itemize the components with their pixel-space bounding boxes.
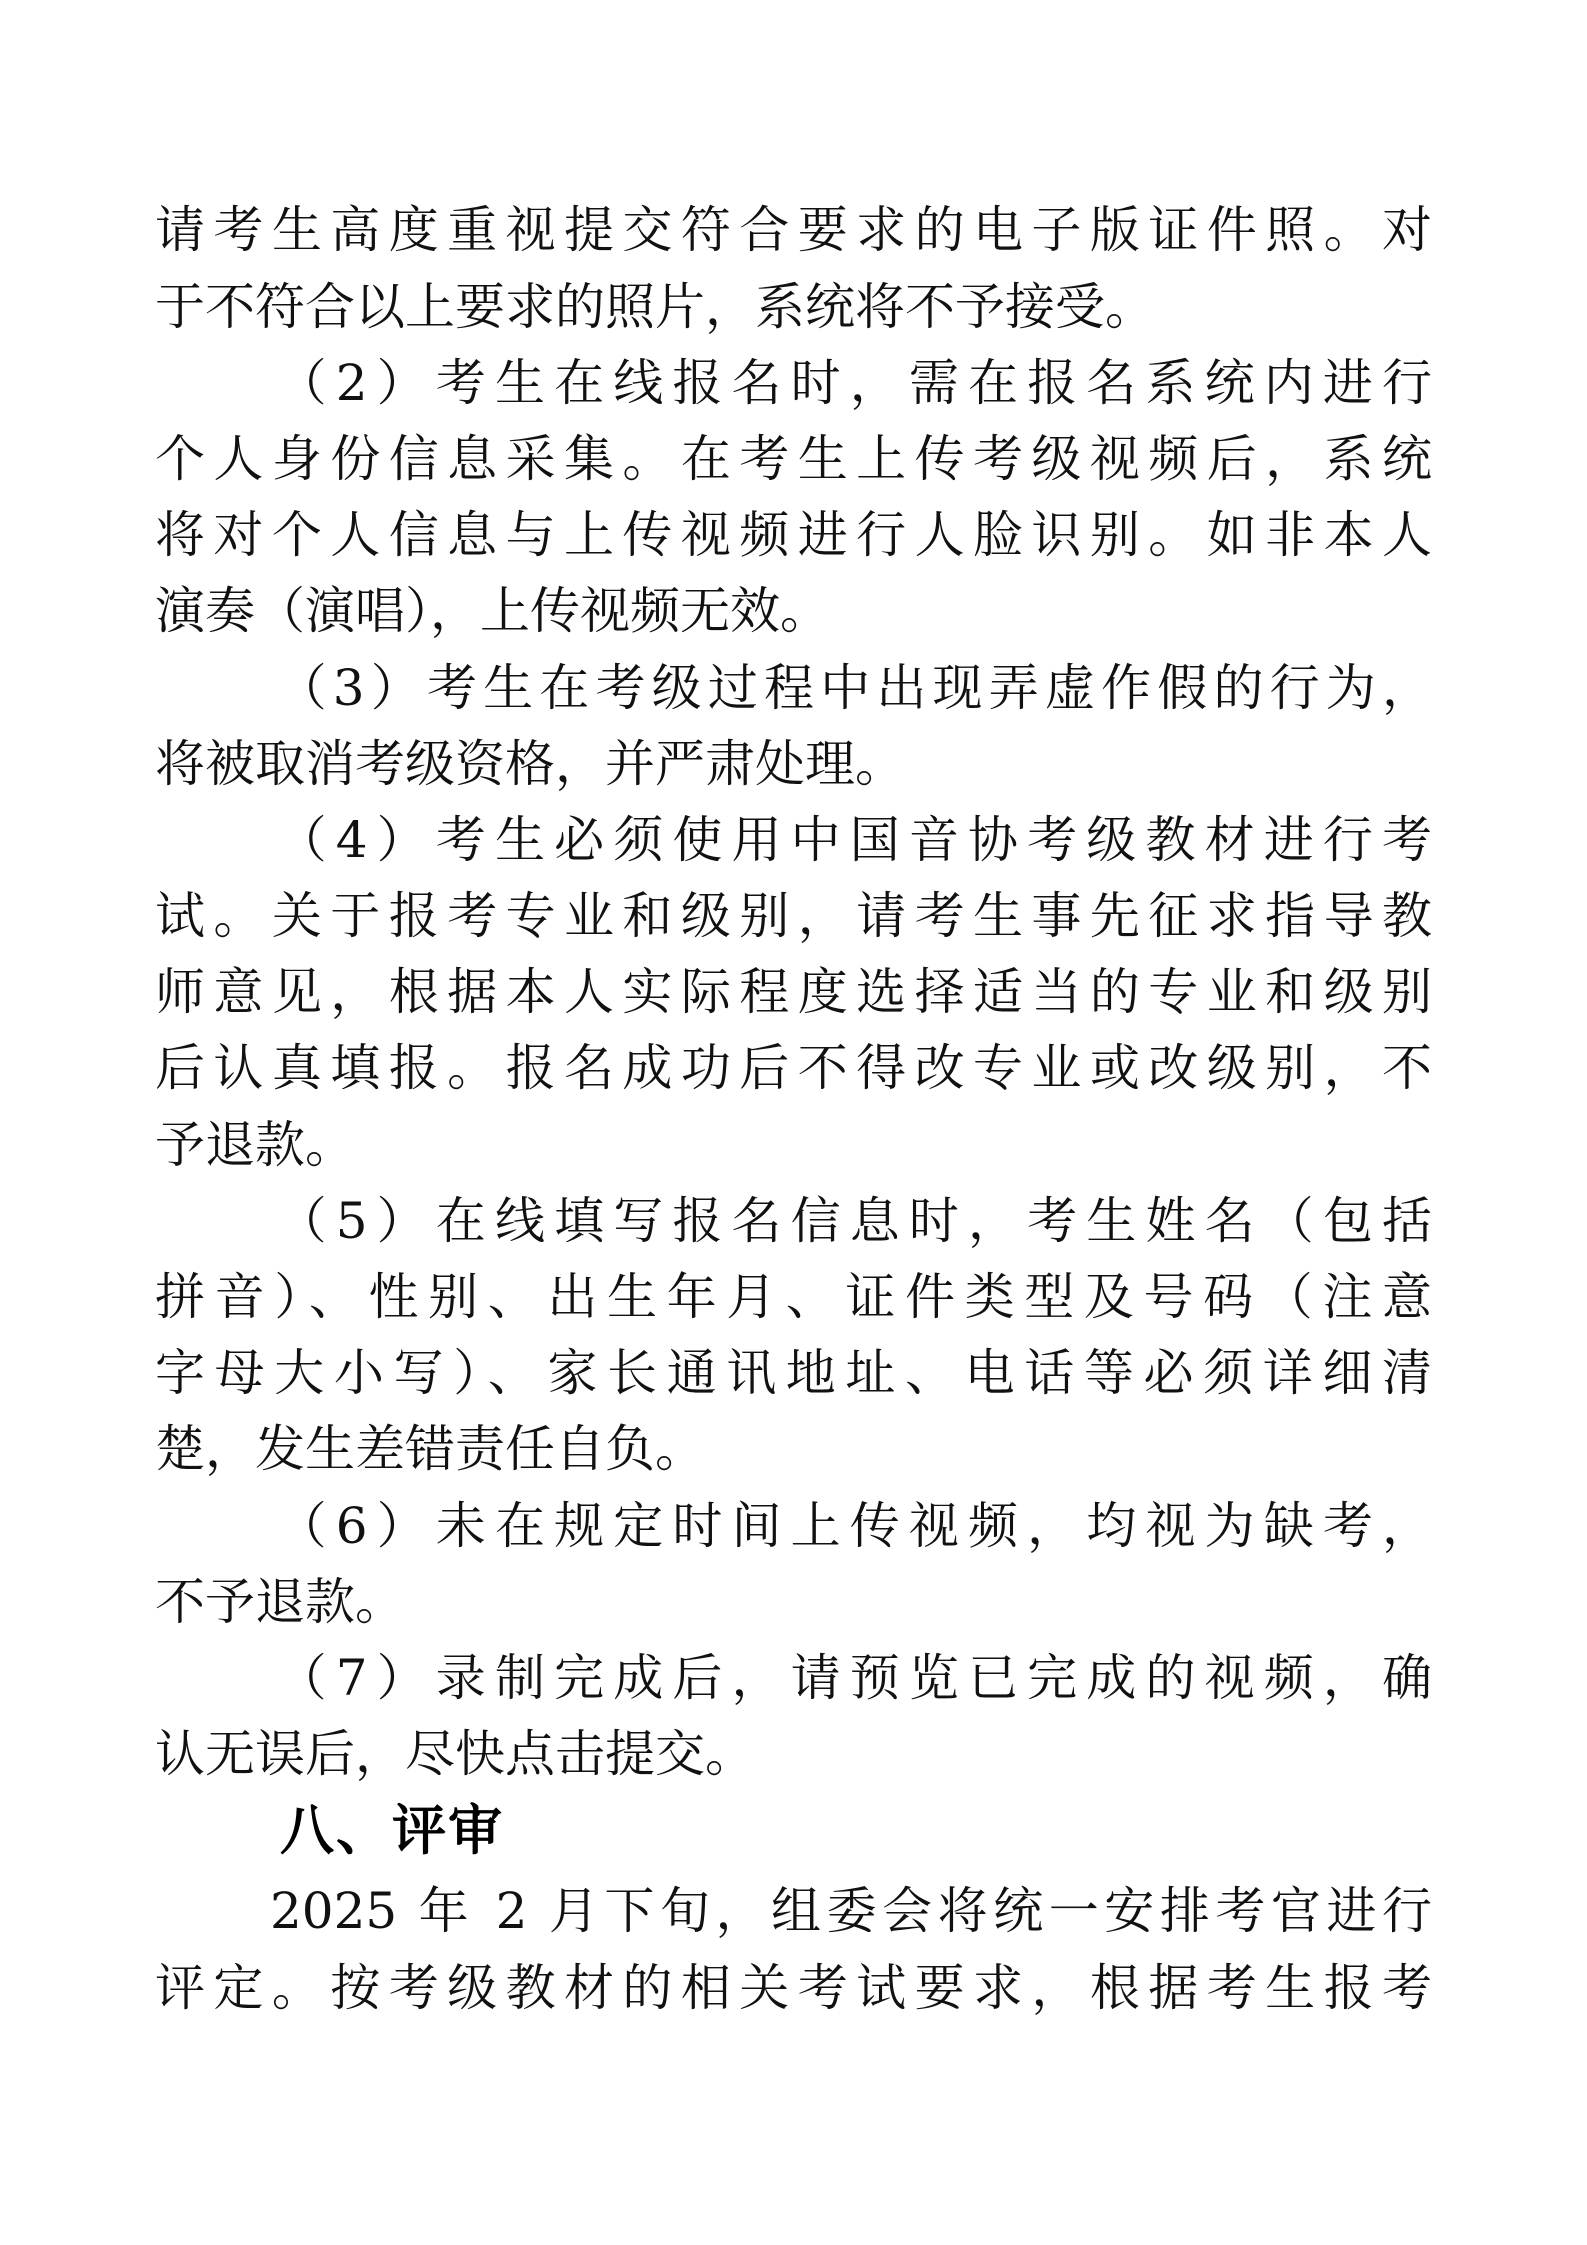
text-line: 将对个人信息与上传视频进行人脸识别。如非本人: [155, 505, 1432, 565]
text-line: （2）考生在线报名时，需在报名系统内进行: [277, 353, 1432, 413]
text-line: 字母大小写）、家长通讯地址、电话等必须详细清: [155, 1343, 1432, 1403]
text-line: 师意见，根据本人实际程度选择适当的专业和级别: [155, 962, 1432, 1022]
text-line: 于不符合以上要求的照片，系统将不予接受。: [155, 277, 1155, 337]
text-line: 评定。按考级教材的相关考试要求，根据考生报考: [155, 1958, 1432, 2018]
section-heading-review: 八、评审: [280, 1798, 504, 1864]
text-line: 楚，发生差错责任自负。: [155, 1419, 705, 1479]
text-line: 不予退款。: [155, 1572, 405, 1632]
text-line: 试。关于报考专业和级别，请考生事先征求指导教: [155, 886, 1432, 946]
text-line: 拼音）、性别、出生年月、证件类型及号码（注意: [155, 1267, 1432, 1327]
text-line: （4）考生必须使用中国音协考级教材进行考: [277, 810, 1432, 870]
text-line: 个人身份信息采集。在考生上传考级视频后，系统: [155, 429, 1432, 489]
text-line: 演奏（演唱），上传视频无效。: [155, 581, 830, 641]
text-line: 将被取消考级资格，并严肃处理。: [155, 734, 905, 794]
text-line: 后认真填报。报名成功后不得改专业或改级别，不: [155, 1038, 1432, 1098]
text-line: （5）在线填写报名信息时，考生姓名（包括: [277, 1191, 1432, 1251]
text-line: 认无误后，尽快点击提交。: [155, 1724, 755, 1784]
text-line: （7）录制完成后，请预览已完成的视频，确: [277, 1648, 1432, 1708]
text-line: （6）未在规定时间上传视频，均视为缺考，: [277, 1496, 1432, 1556]
document-page: 请考生高度重视提交符合要求的电子版证件照。对于不符合以上要求的照片，系统将不予接…: [0, 0, 1587, 2245]
text-line: 予退款。: [155, 1115, 355, 1175]
text-line: 请考生高度重视提交符合要求的电子版证件照。对: [155, 200, 1432, 260]
text-line: （3）考生在考级过程中出现弄虚作假的行为，: [277, 658, 1432, 718]
text-line: 2025 年 2 月下旬，组委会将统一安排考官进行: [270, 1881, 1432, 1941]
